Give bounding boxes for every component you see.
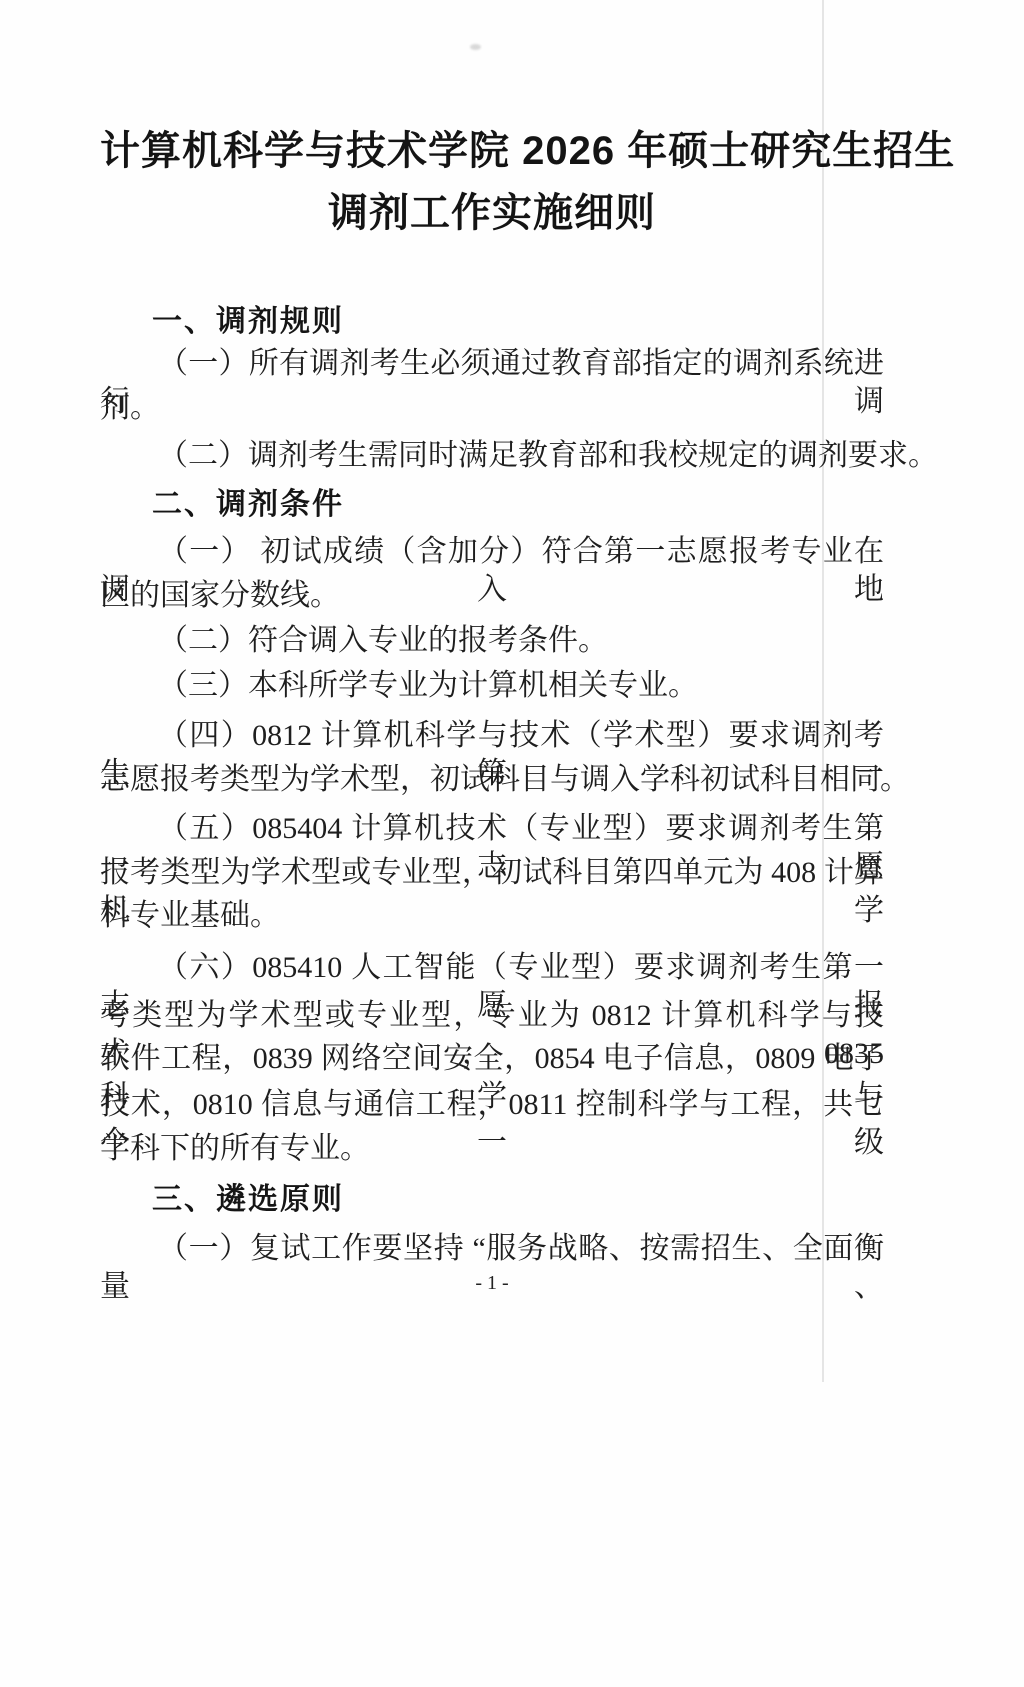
body-line: 剂。 [100,389,884,427]
section-heading-1: 一、调剂规则 [100,303,884,341]
body-line: 学科下的所有专业。 [100,1130,884,1168]
body-line: 志愿报考类型为学术型，初试科目与调入学科初试科目相同。 [100,761,884,799]
body-line: （四）0812 计算机科学与技术（学术型）要求调剂考生第一 [100,717,884,755]
page-number: - 1 - [100,1270,884,1296]
document-page: 计算机科学与技术学院 2026 年硕士研究生招生 调剂工作实施细则 一、调剂规则… [0,0,1024,1687]
body-line: （二）调剂考生需同时满足教育部和我校规定的调剂要求。 [100,437,884,475]
scan-smudge-artifact [470,44,481,50]
body-line: 报考类型为学术型或专业型，初试科目第四单元为 408 计算机学 [100,854,884,892]
body-line: 技术，0810 信息与通信工程，0811 控制科学与工程，共七个一级 [100,1086,884,1124]
document-title-line-2: 调剂工作实施细则 [100,188,884,238]
document-title-line-1: 计算机科学与技术学院 2026 年硕士研究生招生 [100,126,884,176]
body-line: （三）本科所学专业为计算机相关专业。 [100,667,884,705]
body-line: （一）复试工作要坚持 “服务战略、按需招生、全面衡量、 [100,1230,884,1268]
body-line: （一）所有调剂考生必须通过教育部指定的调剂系统进行调 [100,345,884,383]
body-line: （五）085404 计算机技术（专业型）要求调剂考生第一志愿 [100,810,884,848]
body-line: （二）符合调入专业的报考条件。 [100,622,884,660]
body-line: 软件工程，0839 网络空间安全，0854 电子信息，0809 电子科学与 [100,1040,884,1078]
body-line: 区的国家分数线。 [100,577,884,615]
body-line: （一） 初试成绩（含加分）符合第一志愿报考专业在调入地 [100,533,884,571]
section-heading-3: 三、遴选原则 [100,1181,884,1219]
body-line: 考类型为学术型或专业型，专业为 0812 计算机科学与技术，0835 [100,997,884,1035]
body-line: 科专业基础。 [100,897,884,935]
section-heading-2: 二、调剂条件 [100,486,884,524]
body-line: （六）085410 人工智能（专业型）要求调剂考生第一志愿报 [100,949,884,987]
